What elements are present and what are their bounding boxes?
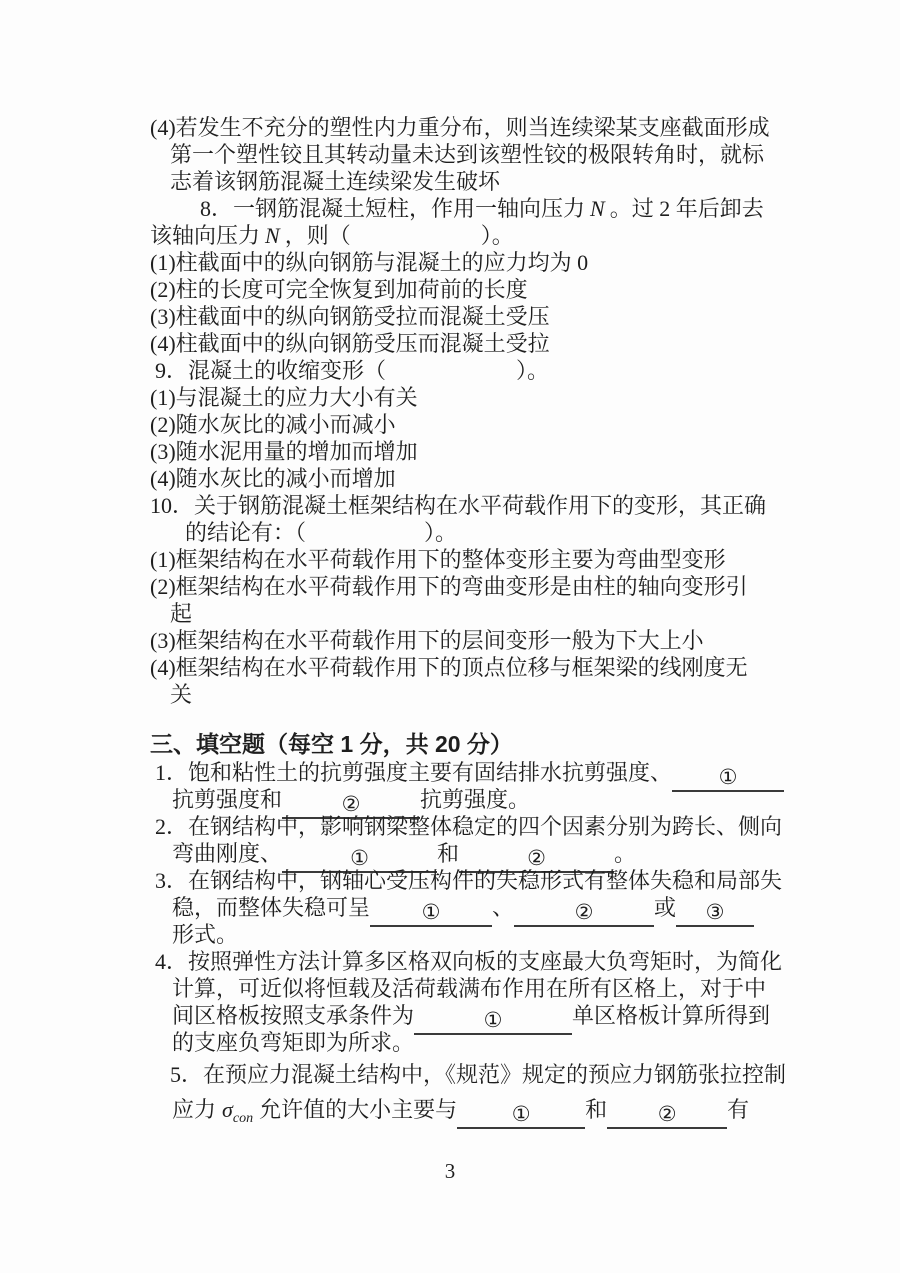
fill2-text-2: 和: [437, 841, 459, 866]
fill5-blank-1: ①: [457, 1102, 585, 1129]
q10-stem-line-2: 的结论有：（）。: [185, 519, 782, 546]
fill5-text: 应力: [172, 1097, 216, 1122]
q8-stem2-text: 该轴向压力: [150, 223, 260, 248]
q8-stem-text-cont: 。过 2 年后卸去: [610, 196, 764, 221]
exam-paper-page: (4)若发生不充分的塑性内力重分布，则当连续梁某支座截面形成 第一个塑性铰且其转…: [0, 0, 900, 1273]
fill2-text: 弯曲刚度、: [172, 841, 282, 866]
q10-option-4-line-2: 关: [170, 681, 782, 708]
q10-option-4-line-1: (4)框架结构在水平荷载作用下的顶点位移与框架梁的线刚度无: [150, 654, 782, 681]
q8-stem2-close: ）。: [481, 223, 514, 248]
fill4-blank-1: ①: [414, 1008, 572, 1035]
fill5-text-3: 和: [585, 1097, 607, 1122]
fill3-blank-1: ①: [370, 900, 492, 927]
q10-stem2-close: ）。: [424, 520, 457, 545]
fill5-line-2: 应力σcon允许值的大小主要与①和②有: [172, 1095, 782, 1124]
fill1-line-1: 1．饱和粘性土的抗剪强度主要有固结排水抗剪强度、①: [155, 759, 782, 786]
q8-stem-text: 8．一钢筋混凝土短柱，作用一轴向压力: [200, 196, 585, 221]
q10-option-2-line-2: 起: [170, 600, 782, 627]
fill4-line-2: 计算，可近似将恒载及活荷载满布作用在所有区格上，对于中: [172, 975, 782, 1002]
fill3-line-2: 稳，而整体失稳可呈①、②或③: [172, 894, 782, 921]
q8-option-2: (2)柱的长度可完全恢复到加荷前的长度: [150, 276, 782, 303]
q9-option-2: (2)随水灰比的减小而减小: [150, 411, 782, 438]
q10-option-3: (3)框架结构在水平荷载作用下的层间变形一般为下大上小: [150, 627, 782, 654]
fill2-line-2: 弯曲刚度、①和②。: [172, 840, 782, 867]
sigma-con-subscript: con: [233, 1111, 259, 1126]
fill1-text-2: 抗剪强度和: [172, 787, 282, 812]
fill-in-section-heading: 三、填空题（每空 1 分，共 20 分）: [150, 729, 782, 759]
fill4-line-1: 4．按照弹性方法计算多区格双向板的支座最大负弯矩时，为简化: [155, 948, 782, 975]
q8-stem-line-2: 该轴向压力N，则（）。: [150, 222, 782, 249]
fill4-text-2: 单区格板计算所得到: [572, 1003, 770, 1028]
fill2-text-3: 。: [614, 841, 636, 866]
fill5-text-4: 有: [727, 1097, 749, 1122]
q10-stem-line-1: 10．关于钢筋混凝土框架结构在水平荷载作用下的变形，其正确: [150, 492, 782, 519]
page-content: (4)若发生不充分的塑性内力重分布，则当连续梁某支座截面形成 第一个塑性铰且其转…: [150, 114, 782, 1124]
fill1-blank-1: ①: [672, 765, 784, 792]
q9-stem-close: ）。: [516, 358, 549, 383]
fill5-text-2: 允许值的大小主要与: [259, 1097, 457, 1122]
q9-option-1: (1)与混凝土的应力大小有关: [150, 384, 782, 411]
q10-stem2-open: 的结论有：（: [185, 520, 306, 545]
q8-option-4: (4)柱截面中的纵向钢筋受压而混凝土受拉: [150, 330, 782, 357]
q9-option-3: (3)随水泥用量的增加而增加: [150, 438, 782, 465]
q9-stem: 9．混凝土的收缩变形（）。: [155, 357, 782, 384]
sigma-con-symbol: σ: [216, 1097, 233, 1122]
fill3-blank-2: ②: [514, 900, 654, 927]
q8-stem2-open: ，则（: [285, 223, 351, 248]
q8-force-symbol: N: [585, 196, 610, 221]
fill3-blank-3: ③: [676, 900, 754, 927]
fill3-text-3: 或: [654, 895, 676, 920]
fill3-text: 稳，而整体失稳可呈: [172, 895, 370, 920]
fill4-text: 间区格板按照支承条件为: [172, 1003, 414, 1028]
fill4-line-3: 间区格板按照支承条件为①单区格板计算所得到: [172, 1002, 782, 1029]
page-number: 3: [0, 1158, 900, 1185]
fill1-text-3: 抗剪强度。: [420, 787, 530, 812]
fill5-blank-2: ②: [607, 1102, 727, 1129]
q10-option-2-line-1: (2)框架结构在水平荷载作用下的弯曲变形是由柱的轴向变形引: [150, 573, 782, 600]
q7-option4-line-1: (4)若发生不充分的塑性内力重分布，则当连续梁某支座截面形成: [150, 114, 782, 141]
fill3-text-2: 、: [492, 895, 514, 920]
q7-option4-line-2: 第一个塑性铰且其转动量未达到该塑性铰的极限转角时，就标: [170, 141, 782, 168]
fill1-text: 1．饱和粘性土的抗剪强度主要有固结排水抗剪强度、: [155, 760, 672, 785]
q9-stem-open: 9．混凝土的收缩变形（: [155, 358, 386, 383]
q8-stem-line-1: 8．一钢筋混凝土短柱，作用一轴向压力N。过 2 年后卸去: [200, 195, 782, 222]
q7-option4-line-3: 志着该钢筋混凝土连续梁发生破坏: [170, 168, 782, 195]
fill3-line-1: 3．在钢结构中，钢轴心受压构件的失稳形式有整体失稳和局部失: [155, 867, 782, 894]
fill5-line-1: 5．在预应力混凝土结构中，《规范》规定的预应力钢筋张拉控制: [170, 1061, 782, 1088]
q9-option-4: (4)随水灰比的减小而增加: [150, 465, 782, 492]
q8-option-3: (3)柱截面中的纵向钢筋受拉而混凝土受压: [150, 303, 782, 330]
q8-option-1: (1)柱截面中的纵向钢筋与混凝土的应力均为 0: [150, 249, 782, 276]
fill2-line-1: 2．在钢结构中，影响钢梁整体稳定的四个因素分别为跨长、侧向: [155, 813, 782, 840]
q10-option-1: (1)框架结构在水平荷载作用下的整体变形主要为弯曲型变形: [150, 546, 782, 573]
q8-force-symbol-2: N: [260, 223, 285, 248]
